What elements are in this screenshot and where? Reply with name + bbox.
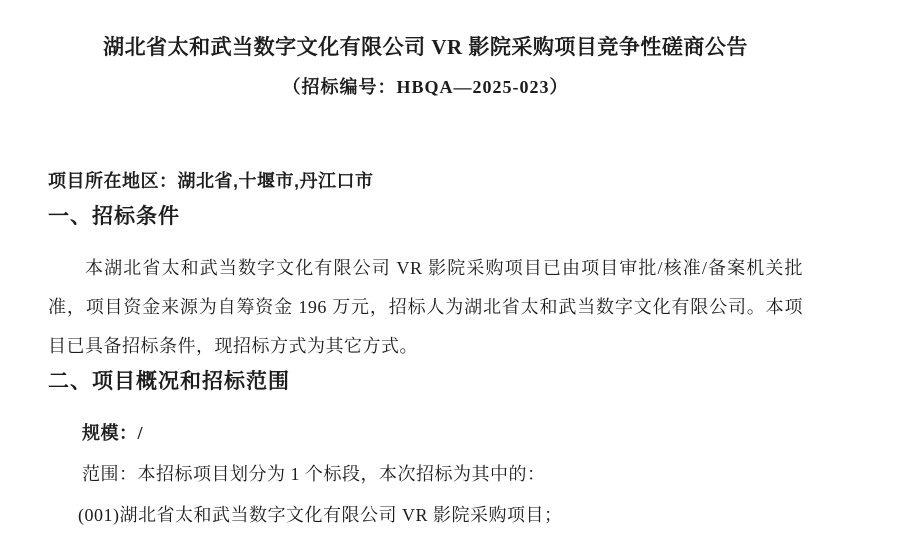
section-1-body: 本湖北省太和武当数字文化有限公司 VR 影院采购项目已由项目审批/核准/备案机关…: [48, 249, 803, 366]
lot-001-line: (001)湖北省太和武当数字文化有限公司 VR 影院采购项目；: [48, 503, 833, 527]
document-title: 湖北省太和武当数字文化有限公司 VR 影院采购项目竞争性磋商公告: [48, 33, 803, 61]
range-line: 范围：本招标项目划分为 1 个标段，本次招标为其中的：: [48, 462, 837, 486]
document-content: 湖北省太和武当数字文化有限公司 VR 影院采购项目竞争性磋商公告 （招标编号：H…: [48, 0, 803, 534]
section-1-heading: 一、招标条件: [48, 203, 803, 231]
section-2-heading: 二、项目概况和招标范围: [48, 368, 803, 396]
tender-number-line: （招标编号：HBQA—2025-023）: [48, 74, 803, 100]
document-page: 湖北省太和武当数字文化有限公司 VR 影院采购项目竞争性磋商公告 （招标编号：H…: [0, 0, 920, 534]
project-location-line: 项目所在地区：湖北省,十堰市,丹江口市: [48, 169, 803, 193]
scale-line: 规模：/: [48, 421, 837, 445]
